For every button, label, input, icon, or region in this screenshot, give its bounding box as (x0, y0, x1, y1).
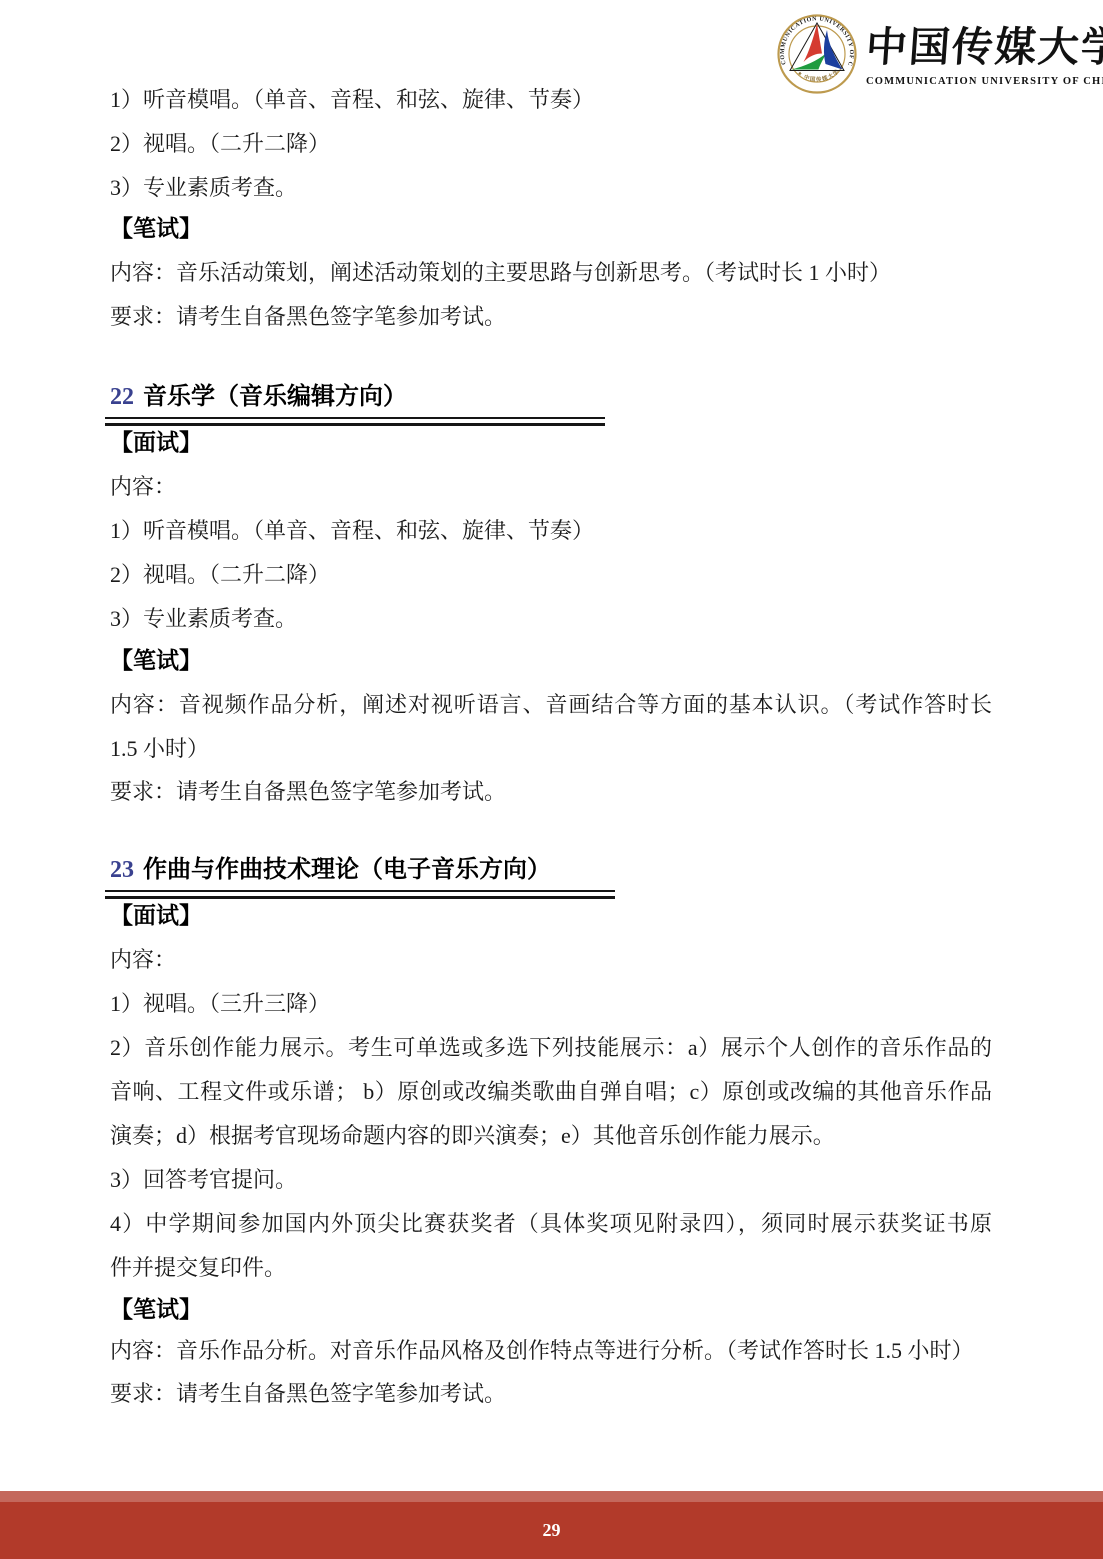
heading-double-rule (105, 890, 615, 899)
body-line: 内容： (110, 946, 992, 974)
body-line: 要求：请考生自备黑色签字笔参加考试。 (110, 778, 992, 806)
body-line: 1）听音模唱。（单音、音程、和弦、旋律、节奏） (110, 86, 992, 114)
exam-part-label: 【面试】 (110, 902, 992, 930)
body-line: 件并提交复印件。 (110, 1254, 992, 1282)
body-line: 音响、工程文件或乐谱； b）原创或改编类歌曲自弹自唱；c）原创或改编的其他音乐作… (110, 1078, 992, 1106)
section-title: 作曲与作曲技术理论（电子音乐方向） (143, 857, 551, 883)
body-line: 内容： (110, 473, 992, 501)
body-line: 内容：音视频作品分析，阐述对视听语言、音画结合等方面的基本认识。（考试作答时长 (110, 691, 992, 719)
section-heading: 23作曲与作曲技术理论（电子音乐方向） (110, 855, 992, 885)
section-title: 音乐学（音乐编辑方向） (143, 384, 407, 410)
body-line: 3）专业素质考查。 (110, 605, 992, 633)
section-number: 22 (110, 384, 134, 410)
exam-part-label: 【面试】 (110, 429, 992, 457)
body-line: 4）中学期间参加国内外顶尖比赛获奖者（具体奖项见附录四），须同时展示获奖证书原 (110, 1210, 992, 1238)
footer-accent-strip (0, 1491, 1103, 1502)
footer-band: 29 (0, 1502, 1103, 1559)
body-line: 2）音乐创作能力展示。考生可单选或多选下列技能展示：a）展示个人创作的音乐作品的 (110, 1034, 992, 1062)
university-emblem-icon: COMMUNICATION UNIVERSITY OF CHINA ✶ 中国传媒… (777, 9, 857, 97)
section-number: 23 (110, 857, 134, 883)
body-line: 3）回答考官提问。 (110, 1166, 992, 1194)
body-line: 3）专业素质考查。 (110, 174, 992, 202)
body-line: 演奏；d）根据考官现场命题内容的即兴演奏；e）其他音乐创作能力展示。 (110, 1122, 992, 1150)
body-line: 内容：音乐活动策划，阐述活动策划的主要思路与创新思考。（考试时长 1 小时） (110, 259, 992, 287)
body-line: 要求：请考生自备黑色签字笔参加考试。 (110, 1380, 992, 1408)
body-line: 2）视唱。（二升二降） (110, 130, 992, 158)
body-line: 1.5 小时） (110, 735, 992, 763)
body-line: 1）听音模唱。（单音、音程、和弦、旋律、节奏） (110, 517, 992, 545)
exam-part-label: 【笔试】 (110, 1296, 992, 1324)
university-name-chinese: 中国传媒大学 (864, 24, 1079, 70)
body-line: 要求：请考生自备黑色签字笔参加考试。 (110, 303, 992, 331)
exam-part-label: 【笔试】 (110, 647, 992, 675)
body-line: 2）视唱。（二升二降） (110, 561, 992, 589)
exam-part-label: 【笔试】 (110, 215, 992, 243)
page-number: 29 (543, 1520, 561, 1541)
heading-double-rule (105, 417, 605, 426)
body-line: 内容：音乐作品分析。对音乐作品风格及创作特点等进行分析。（考试作答时长 1.5 … (110, 1337, 992, 1365)
section-heading: 22音乐学（音乐编辑方向） (110, 382, 992, 412)
body-line: 1）视唱。（三升三降） (110, 990, 992, 1018)
